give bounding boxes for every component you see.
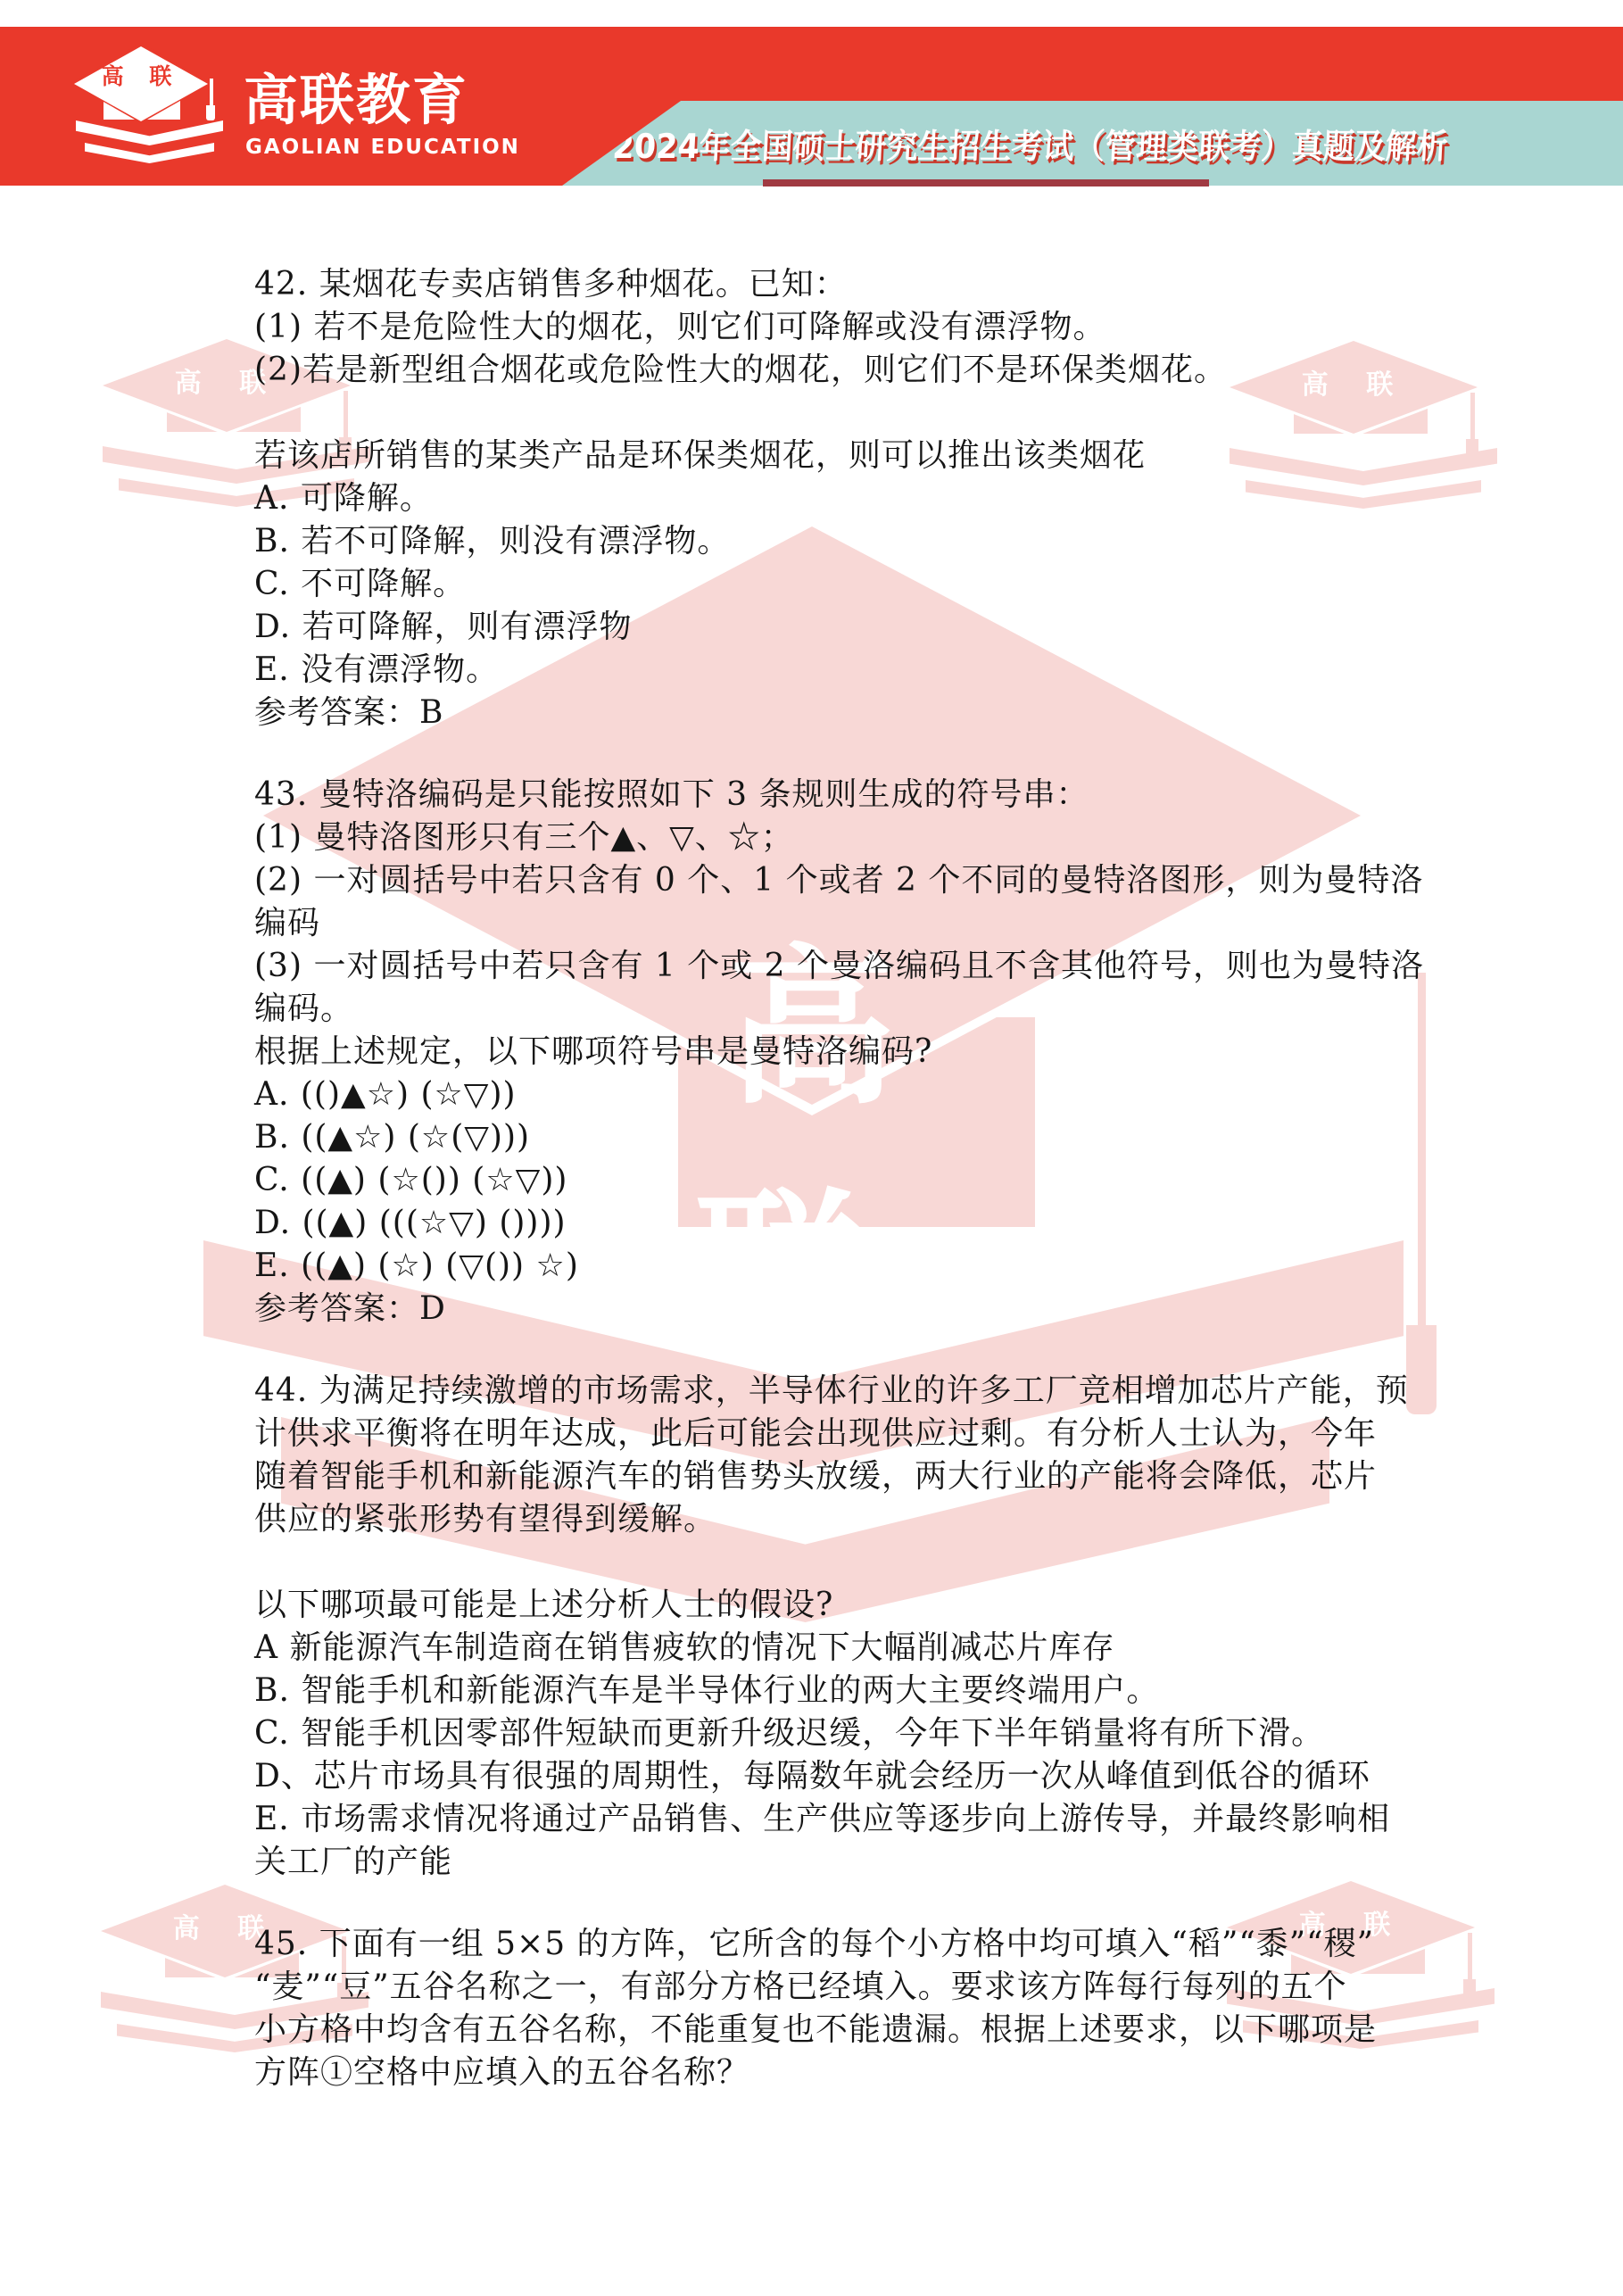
- question-line: D. 若可降解，则有漂浮物: [254, 606, 1414, 649]
- question-line: (3) 一对圆括号中若只含有 1 个或 2 个曼洛编码且不含其他符号，则也为曼特…: [254, 945, 1414, 988]
- question-line: (2)若是新型组合烟花或危险性大的烟花，则它们不是环保类烟花。: [254, 349, 1414, 392]
- question-line: 以下哪项最可能是上述分析人士的假设?: [254, 1584, 1414, 1627]
- question-line: 参考答案：D: [254, 1288, 1414, 1330]
- question-line: A. 可降解。: [254, 477, 1414, 520]
- title-banner: 2024年全国硕士研究生招生考试（管理类联考）真题及解析: [562, 101, 1623, 186]
- tassel-icon: [1468, 1933, 1472, 1982]
- logo-book-icon: [85, 143, 214, 163]
- tassel-icon: [210, 79, 213, 107]
- tassel-icon: [1470, 393, 1475, 442]
- question-line: 供应的紧张形势有望得到缓解。: [254, 1498, 1414, 1541]
- question-line: 计供求平衡将在明年达成，此后可能会出现供应过剩。有分析人士认为，今年: [254, 1413, 1414, 1455]
- blank-line: [254, 1541, 1414, 1584]
- question-line: E. ((▲) (☆) (▽()) ☆): [254, 1245, 1414, 1288]
- exam-page: 高 联 高 联 高 联 高 联: [0, 0, 1623, 2296]
- question-line: 参考答案：B: [254, 692, 1414, 734]
- question-line: 43. 曼特洛编码是只能按照如下 3 条规则生成的符号串：: [254, 774, 1414, 816]
- question-line: 根据上述规定，以下哪项符号串是曼特洛编码?: [254, 1031, 1414, 1073]
- question-line: 随着智能手机和新能源汽车的销售势头放缓，两大行业的产能将会降低，芯片: [254, 1455, 1414, 1498]
- question-line: B. ((▲☆) (☆(▽))): [254, 1116, 1414, 1159]
- question-line: 关工厂的产能: [254, 1841, 1414, 1884]
- question-line: 方阵①空格中应填入的五谷名称？: [254, 2051, 1414, 2094]
- question-line: 42. 某烟花专卖店销售多种烟花。已知：: [254, 263, 1414, 306]
- question-line: (1) 曼特洛图形只有三个▲、▽、☆；: [254, 816, 1414, 859]
- question-line: (1) 若不是危险性大的烟花，则它们可降解或没有漂浮物。: [254, 306, 1414, 349]
- question-block-44: 44. 为满足持续激增的市场需求，半导体行业的许多工厂竞相增加芯片产能，预计供求…: [254, 1370, 1414, 1884]
- tassel-icon: [1466, 439, 1478, 460]
- question-line: 45. 下面有一组 5×5 的方阵，它所含的每个小方格中均可填入“稻”“黍”“稷…: [254, 1923, 1414, 1966]
- questions: 42. 某烟花专卖店销售多种烟花。已知：(1) 若不是危险性大的烟花，则它们可降…: [254, 263, 1414, 2134]
- question-line: 编码: [254, 902, 1414, 945]
- gaolian-logo: 高 联: [74, 45, 224, 168]
- page-title: 2024年全国硕士研究生招生考试（管理类联考）真题及解析: [611, 119, 1449, 168]
- question-line: 44. 为满足持续激增的市场需求，半导体行业的许多工厂竞相增加芯片产能，预: [254, 1370, 1414, 1413]
- tassel-icon: [1418, 973, 1426, 1330]
- question-block-42: 42. 某烟花专卖店销售多种烟花。已知：(1) 若不是危险性大的烟花，则它们可降…: [254, 263, 1414, 734]
- question-line: C. 智能手机因零部件短缺而更新升级迟缓，今年下半年销量将有所下滑。: [254, 1712, 1414, 1755]
- question-line: D、芯片市场具有很强的周期性，每隔数年就会经历一次从峰值到低谷的循环: [254, 1755, 1414, 1798]
- question-line: C. 不可降解。: [254, 563, 1414, 606]
- question-line: A. (()▲☆) (☆▽)): [254, 1073, 1414, 1116]
- brand-name-en: GAOLIAN EDUCATION: [245, 136, 520, 159]
- banner-underline: [763, 179, 1209, 186]
- question-line: 若该店所销售的某类产品是环保类烟花，则可以推出该类烟花: [254, 435, 1414, 477]
- question-line: B. 智能手机和新能源汽车是半导体行业的两大主要终端用户。: [254, 1670, 1414, 1712]
- question-line: B. 若不可降解，则没有漂浮物。: [254, 520, 1414, 563]
- brand-name: 高联教育: [244, 57, 468, 135]
- question-line: 编码。: [254, 988, 1414, 1031]
- logo-book-icon: [76, 120, 223, 145]
- question-line: A 新能源汽车制造商在销售疲软的情况下大幅削减芯片库存: [254, 1627, 1414, 1670]
- question-block-43: 43. 曼特洛编码是只能按照如下 3 条规则生成的符号串：(1) 曼特洛图形只有…: [254, 774, 1414, 1330]
- question-line: 小方格中均含有五谷名称，不能重复也不能遗漏。根据上述要求，以下哪项是: [254, 2009, 1414, 2051]
- question-line: “麦”“豆”五谷名称之一，有部分方格已经填入。要求该方阵每行每列的五个: [254, 1966, 1414, 2009]
- question-block-45: 45. 下面有一组 5×5 的方阵，它所含的每个小方格中均可填入“稻”“黍”“稷…: [254, 1923, 1414, 2094]
- question-line: E. 没有漂浮物。: [254, 649, 1414, 692]
- tassel-icon: [1463, 1979, 1476, 2001]
- question-line: C. ((▲) (☆()) (☆▽)): [254, 1159, 1414, 1202]
- question-line: E. 市场需求情况将通过产品销售、生产供应等逐步向上游传导，并最终影响相: [254, 1798, 1414, 1841]
- tassel-icon: [206, 105, 215, 120]
- question-line: D. ((▲) (((☆▽) ()))): [254, 1202, 1414, 1245]
- blank-line: [254, 392, 1414, 435]
- question-line: (2) 一对圆括号中若只含有 0 个、1 个或者 2 个不同的曼特洛图形，则为曼…: [254, 859, 1414, 902]
- header-bar: 高 联 高联教育 GAOLIAN EDUCATION 2024年全国硕士研究生招…: [0, 27, 1623, 186]
- logo-cap-label: 高 联: [83, 59, 199, 91]
